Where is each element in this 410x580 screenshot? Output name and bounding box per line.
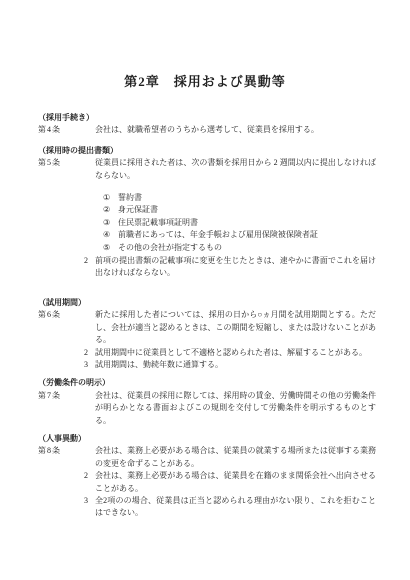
article-paragraph: 2試用期間中に従業員として不適格と認められた者は、解雇することがある。	[95, 347, 376, 359]
section-working-conditions: （労働条件の明示） 第7条 会社は、従業員の採用に際しては、採用時の賃金、労働時…	[38, 377, 376, 427]
section-heading: （労働条件の明示）	[38, 377, 376, 389]
section-heading: （試用期間）	[38, 297, 376, 309]
paragraph-number: 2	[84, 470, 88, 482]
section-hiring-procedure: （採用手続き） 第4条 会社は、就職希望者のうちから選考して、従業員を採用する。	[38, 112, 376, 137]
article-label: 第6条	[38, 309, 61, 321]
list-item: ④ 前職者にあっては、年金手帳および雇用保険被保険者証	[103, 229, 376, 241]
paragraph-text: 試用期間は、勤続年数に通算する。	[95, 360, 223, 369]
article-paragraph: 会社は、就職希望者のうちから選考して、従業員を採用する。	[95, 124, 376, 136]
paragraph-text: 全2項のの場合、従業員は正当と認められる理由がない限り、これを拒むことはできない…	[95, 496, 376, 517]
paragraph-number: 3	[84, 359, 88, 371]
article-4: 第4条 会社は、就職希望者のうちから選考して、従業員を採用する。	[38, 124, 376, 136]
article-6: 第6条 新たに採用した者については、採用の日から○ヵ月間を試用期間とする。ただし…	[38, 309, 376, 371]
list-item: ② 身元保証書	[103, 204, 376, 216]
article-label: 第7条	[38, 390, 61, 402]
document-body: （採用手続き） 第4条 会社は、就職希望者のうちから選考して、従業員を採用する。…	[38, 112, 376, 520]
item-text: 住民票記載事項証明書	[118, 217, 376, 229]
item-text: その他の会社が指定するもの	[118, 242, 376, 254]
document-page: 第2章 採用および異動等 （採用手続き） 第4条 会社は、就職希望者のうちから選…	[0, 0, 410, 580]
article-label: 第8条	[38, 445, 61, 457]
item-marker: ③	[103, 217, 118, 229]
article-label: 第5条	[38, 157, 61, 169]
section-heading: （採用時の提出書類）	[38, 145, 376, 157]
paragraph-text: 会社は、業務上必要がある場合は、従業員を在籍のまま関係会社へ出向させることがある…	[95, 471, 376, 492]
list-item: ③ 住民票記載事項証明書	[103, 217, 376, 229]
section-personnel-transfer: （人事異動） 第8条 会社は、業務上必要がある場合は、従業員の就業する場所または…	[38, 433, 376, 520]
item-text: 前職者にあっては、年金手帳および雇用保険被保険者証	[118, 229, 376, 241]
list-item: ① 誓約書	[103, 192, 376, 204]
item-marker: ⑤	[103, 242, 118, 254]
article-paragraph: 3全2項のの場合、従業員は正当と認められる理由がない限り、これを拒むことはできな…	[95, 495, 376, 520]
article-paragraph: 新たに採用した者については、採用の日から○ヵ月間を試用期間とする。ただし、会社が…	[95, 309, 376, 346]
section-submission-documents: （採用時の提出書類） 第5条 従業員に採用された者は、次の書類を採用日から 2 …	[38, 145, 376, 280]
list-item: ⑤ その他の会社が指定するもの	[103, 242, 376, 254]
article-5: 第5条 従業員に採用された者は、次の書類を採用日から 2 週間以内に提出しなけれ…	[38, 157, 376, 280]
section-heading: （採用手続き）	[38, 112, 376, 124]
paragraph-text: 試用期間中に従業員として不適格と認められた者は、解雇することがある。	[95, 348, 367, 357]
section-heading: （人事異動）	[38, 433, 376, 445]
article-paragraph: 2前項の提出書類の記載事項に変更を生じたときは、速やかに書面でこれを届け出なけれ…	[95, 255, 376, 280]
item-text: 誓約書	[118, 192, 376, 204]
item-marker: ④	[103, 229, 118, 241]
article-paragraph: 従業員に採用された者は、次の書類を採用日から 2 週間以内に提出しなければならな…	[95, 157, 376, 182]
paragraph-text: 前項の提出書類の記載事項に変更を生じたときは、速やかに書面でこれを届け出なければ…	[95, 256, 376, 277]
article-paragraph: 3試用期間は、勤続年数に通算する。	[95, 359, 376, 371]
article-paragraph: 会社は、業務上必要がある場合は、従業員の就業する場所または従事する業務の変更を命…	[95, 445, 376, 470]
item-text: 身元保証書	[118, 204, 376, 216]
section-probation-period: （試用期間） 第6条 新たに採用した者については、採用の日から○ヵ月間を試用期間…	[38, 297, 376, 371]
paragraph-number: 2	[84, 347, 88, 359]
paragraph-number: 3	[84, 495, 88, 507]
article-7: 第7条 会社は、従業員の採用に際しては、採用時の賃金、労働時間その他の労働条件が…	[38, 390, 376, 427]
article-paragraph: 会社は、従業員の採用に際しては、採用時の賃金、労働時間その他の労働条件が明らかと…	[95, 390, 376, 427]
paragraph-number: 2	[84, 255, 88, 267]
article-label: 第4条	[38, 124, 61, 136]
article-paragraph: 2会社は、業務上必要がある場合は、従業員を在籍のまま関係会社へ出向させることがあ…	[95, 470, 376, 495]
article-8: 第8条 会社は、業務上必要がある場合は、従業員の就業する場所または従事する業務の…	[38, 445, 376, 519]
item-marker: ①	[103, 192, 118, 204]
chapter-title: 第2章 採用および異動等	[0, 71, 410, 90]
item-marker: ②	[103, 204, 118, 216]
document-item-list: ① 誓約書 ② 身元保証書 ③ 住民票記載事項証明書 ④ 前職者にあっては、年金…	[103, 192, 376, 254]
